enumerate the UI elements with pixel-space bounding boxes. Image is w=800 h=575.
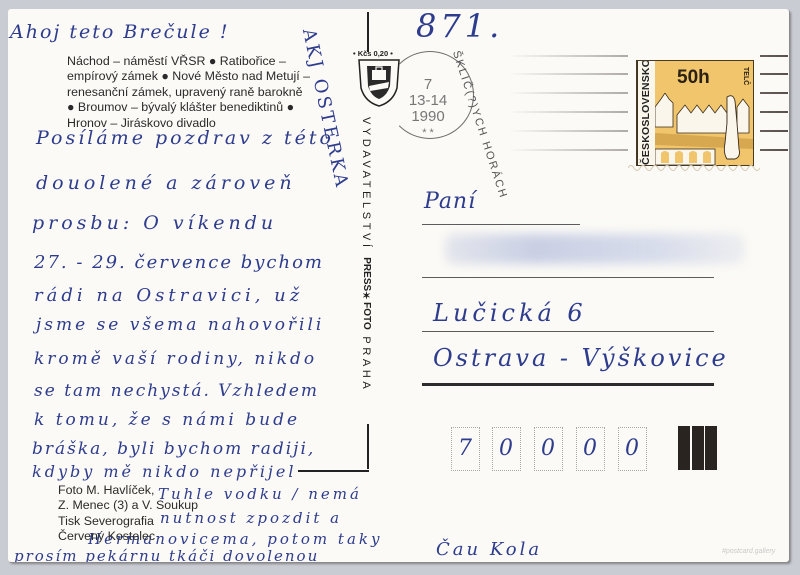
telc-square-illustration [655, 93, 753, 165]
press-foto-logo: PRESS✶FOTO [361, 257, 372, 330]
message-line: se tam nechystá. Vzhledem [34, 381, 319, 401]
message-line: jsme se všema nahovořili [36, 315, 324, 335]
message-line: rádi na Ostravici, už [34, 285, 303, 306]
address-street: Lučická 6 [433, 299, 587, 327]
watermark: #postcard.gallery [722, 548, 775, 555]
stamp-value: 50h [677, 67, 710, 89]
postal-code-box: 0 [618, 427, 647, 471]
postal-code-box: 0 [492, 427, 521, 471]
stamp-city: TELČ [742, 67, 749, 85]
serial-number: 871. [416, 9, 503, 45]
postal-code-digit: 0 [493, 436, 520, 461]
publisher-city: PRAHA [360, 330, 372, 393]
postmark-date-line: 13-14 [408, 93, 448, 109]
message-line: douolené a zároveň [36, 172, 296, 194]
stamp-perforation [628, 163, 760, 173]
postal-code-box: 7 [451, 427, 480, 471]
postmark-date-line: 1990 [408, 109, 448, 125]
photo-credits: Foto M. Havlíček, Z. Menec (3) a V. Souk… [58, 483, 198, 545]
description-line: renesanční zámek, upravený raně barokně [67, 85, 317, 100]
credit-line: Foto M. Havlíček, [58, 483, 198, 498]
center-divider-foot [298, 470, 369, 472]
postal-code-box: 0 [576, 427, 605, 471]
description-line: Náchod – náměstí VŘSR ● Ratibořice – [67, 54, 317, 69]
postal-code-digit: 0 [535, 436, 562, 461]
message-line: kdyby mě nikdo nepřijel [32, 462, 296, 481]
address-line-4 [422, 383, 714, 386]
postcard-back: 871. Ahoj teto Brečule ! Náchod – náměst… [8, 9, 789, 562]
postal-code-digit: 0 [619, 436, 646, 461]
message-line: prosbu: O víkendu [32, 212, 277, 234]
postmark-stars: * * [408, 125, 448, 141]
redacted-recipient-name [445, 234, 745, 264]
center-divider-bottom [367, 424, 369, 469]
description-line: empírový zámek ● Nové Město nad Metují – [67, 69, 317, 84]
address-city: Ostrava - Výškovice [433, 344, 729, 372]
postal-code-box: 0 [534, 427, 563, 471]
message-line: 27. - 29. července bychom [34, 252, 324, 273]
postage-price: • Kčs 0,20 • [353, 49, 393, 58]
message-line: k tomu, že s námi bude [34, 410, 300, 430]
credit-line: Z. Menec (3) a V. Soukup [58, 498, 198, 513]
credit-line: Červený Kostelec [58, 529, 198, 544]
signature: Čau Kola [436, 539, 542, 560]
credit-line: Tisk Severografia [58, 514, 198, 529]
postage-stamp: ČESKOSLOVENSKO 50h TELČ [628, 53, 760, 173]
address-line-2 [422, 277, 714, 278]
publisher-imprint: VYDAVATELSTVÍ PRESS✶FOTO PRAHA [360, 117, 372, 392]
publisher-label: VYDAVATELSTVÍ [360, 117, 372, 257]
message-line: kromě vaší rodiny, nikdo [34, 349, 317, 369]
message-line: prosím pekárnu tkáči dovolenou [14, 547, 319, 562]
postmark-date-line: 7 [408, 77, 448, 93]
address-salutation: Paní [424, 189, 476, 214]
address-line-3 [422, 331, 714, 332]
greeting-handwriting: Ahoj teto Brečule ! [10, 21, 229, 43]
stamp-country: ČESKOSLOVENSKO [637, 61, 655, 165]
message-line: Posíláme pozdrav z této [36, 127, 334, 149]
description-line: ● Broumov – bývalý klášter benediktinů ● [67, 100, 317, 115]
address-line-1 [422, 224, 580, 225]
postal-code-digit: 7 [452, 436, 479, 461]
center-divider-top [367, 12, 369, 52]
printed-description: Náchod – náměstí VŘSR ● Ratibořice – emp… [67, 54, 317, 131]
postal-code-digit: 0 [577, 436, 604, 461]
message-line: bráška, byli bychom radiji, [32, 439, 315, 459]
stamp-image: ČESKOSLOVENSKO 50h TELČ [636, 60, 754, 166]
postmark-date: 7 13-14 1990 * * [408, 77, 448, 141]
